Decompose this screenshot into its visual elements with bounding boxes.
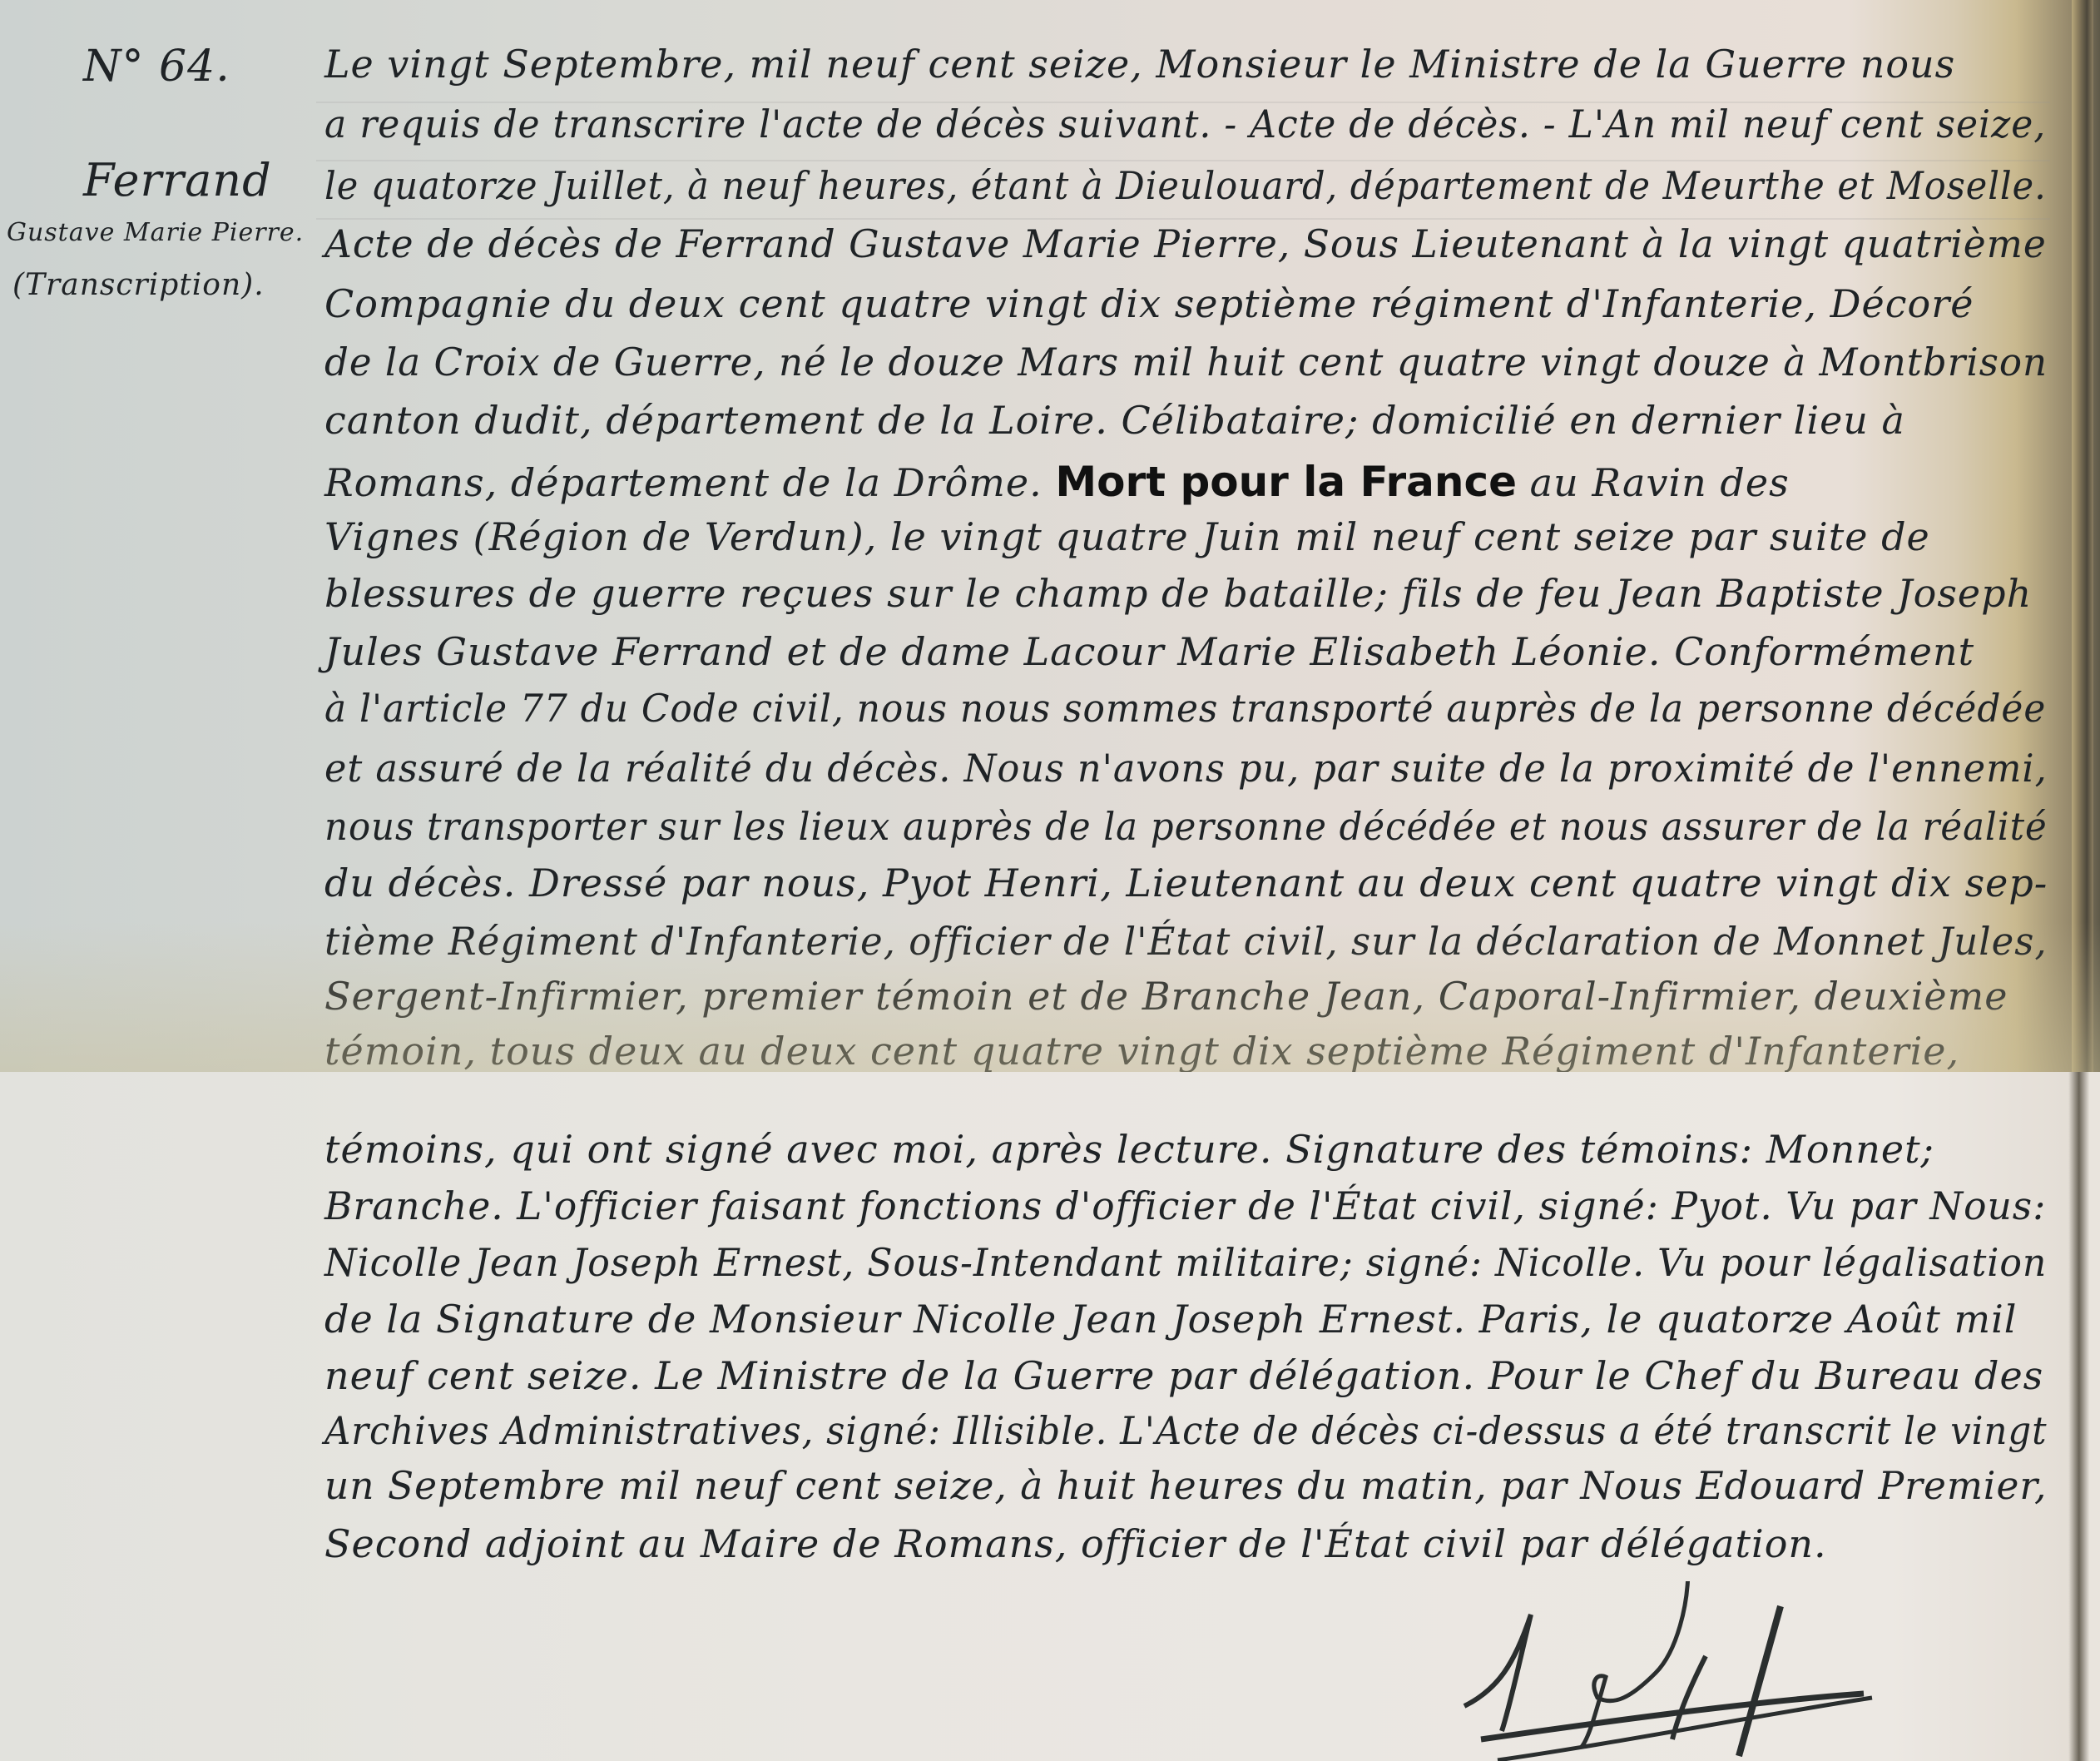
margin-given-names: Gustave Marie Pierre. <box>7 218 304 247</box>
record-line-5: Compagnie du deux cent quatre vingt dix … <box>324 281 1974 326</box>
record-line-20: Branche. L'officier faisant fonctions d'… <box>324 1183 2046 1228</box>
mort-pour-la-france-stamp: Mort pour la France <box>1055 458 1517 506</box>
register-page-top: N° 64. Ferrand Gustave Marie Pierre. (Tr… <box>0 0 2100 1072</box>
book-binding <box>2072 0 2093 1072</box>
record-line-7: canton dudit, département de la Loire. C… <box>324 398 1905 443</box>
record-line-19: témoins, qui ont signé avec moi, après l… <box>324 1127 1934 1172</box>
officer-signature-icon <box>1431 1581 1930 1761</box>
record-number: N° 64. <box>83 42 230 92</box>
record-line-11: Jules Gustave Ferrand et de dame Lacour … <box>324 629 1974 674</box>
record-line-26: Second adjoint au Maire de Romans, offic… <box>324 1521 1827 1566</box>
record-line-24: Archives Administratives, signé: Illisib… <box>324 1408 2048 1453</box>
record-line-1: Le vingt Septembre, mil neuf cent seize,… <box>324 42 1955 87</box>
record-line-2: a requis de transcrire l'acte de décès s… <box>324 102 2046 146</box>
record-line-13: et assuré de la réalité du décès. Nous n… <box>324 746 2048 791</box>
record-line-10: blessures de guerre reçues sur le champ … <box>324 571 2032 616</box>
record-line-18: témoin, tous deux au deux cent quatre vi… <box>324 1029 1959 1072</box>
record-line-16: tième Régiment d'Infanterie, officier de… <box>324 919 2048 964</box>
record-line-12: à l'article 77 du Code civil, nous nous … <box>324 686 2046 731</box>
record-line-9: Vignes (Région de Verdun), le vingt quat… <box>324 514 1930 559</box>
record-line-22: de la Signature de Monsieur Nicolle Jean… <box>324 1297 2018 1342</box>
record-line-6: de la Croix de Guerre, né le douze Mars … <box>324 340 2048 384</box>
record-line-21: Nicolle Jean Joseph Ernest, Sous-Intenda… <box>324 1240 2047 1285</box>
record-line-8-text: Romans, département de la Drôme. <box>324 460 1043 505</box>
margin-surname: Ferrand <box>83 154 272 206</box>
record-line-23: neuf cent seize. Le Ministre de la Guerr… <box>324 1353 2043 1398</box>
record-line-8-tail: au Ravin des <box>1530 460 1790 505</box>
record-line-17: Sergent-Infirmier, premier témoin et de … <box>324 974 2008 1019</box>
record-line-8: Romans, département de la Drôme. Mort po… <box>324 458 1790 506</box>
record-line-15: du décès. Dressé par nous, Pyot Henri, L… <box>324 861 2048 905</box>
ruled-line <box>316 218 2050 220</box>
record-line-25: un Septembre mil neuf cent seize, à huit… <box>324 1463 2047 1508</box>
record-line-4: Acte de décès de Ferrand Gustave Marie P… <box>324 221 2047 266</box>
ruled-line <box>316 160 2050 161</box>
record-line-14: nous transporter sur les lieux auprès de… <box>324 804 2048 849</box>
record-line-3: le quatorze Juillet, à neuf heures, étan… <box>324 163 2047 208</box>
margin-annotation: (Transcription). <box>12 268 265 302</box>
